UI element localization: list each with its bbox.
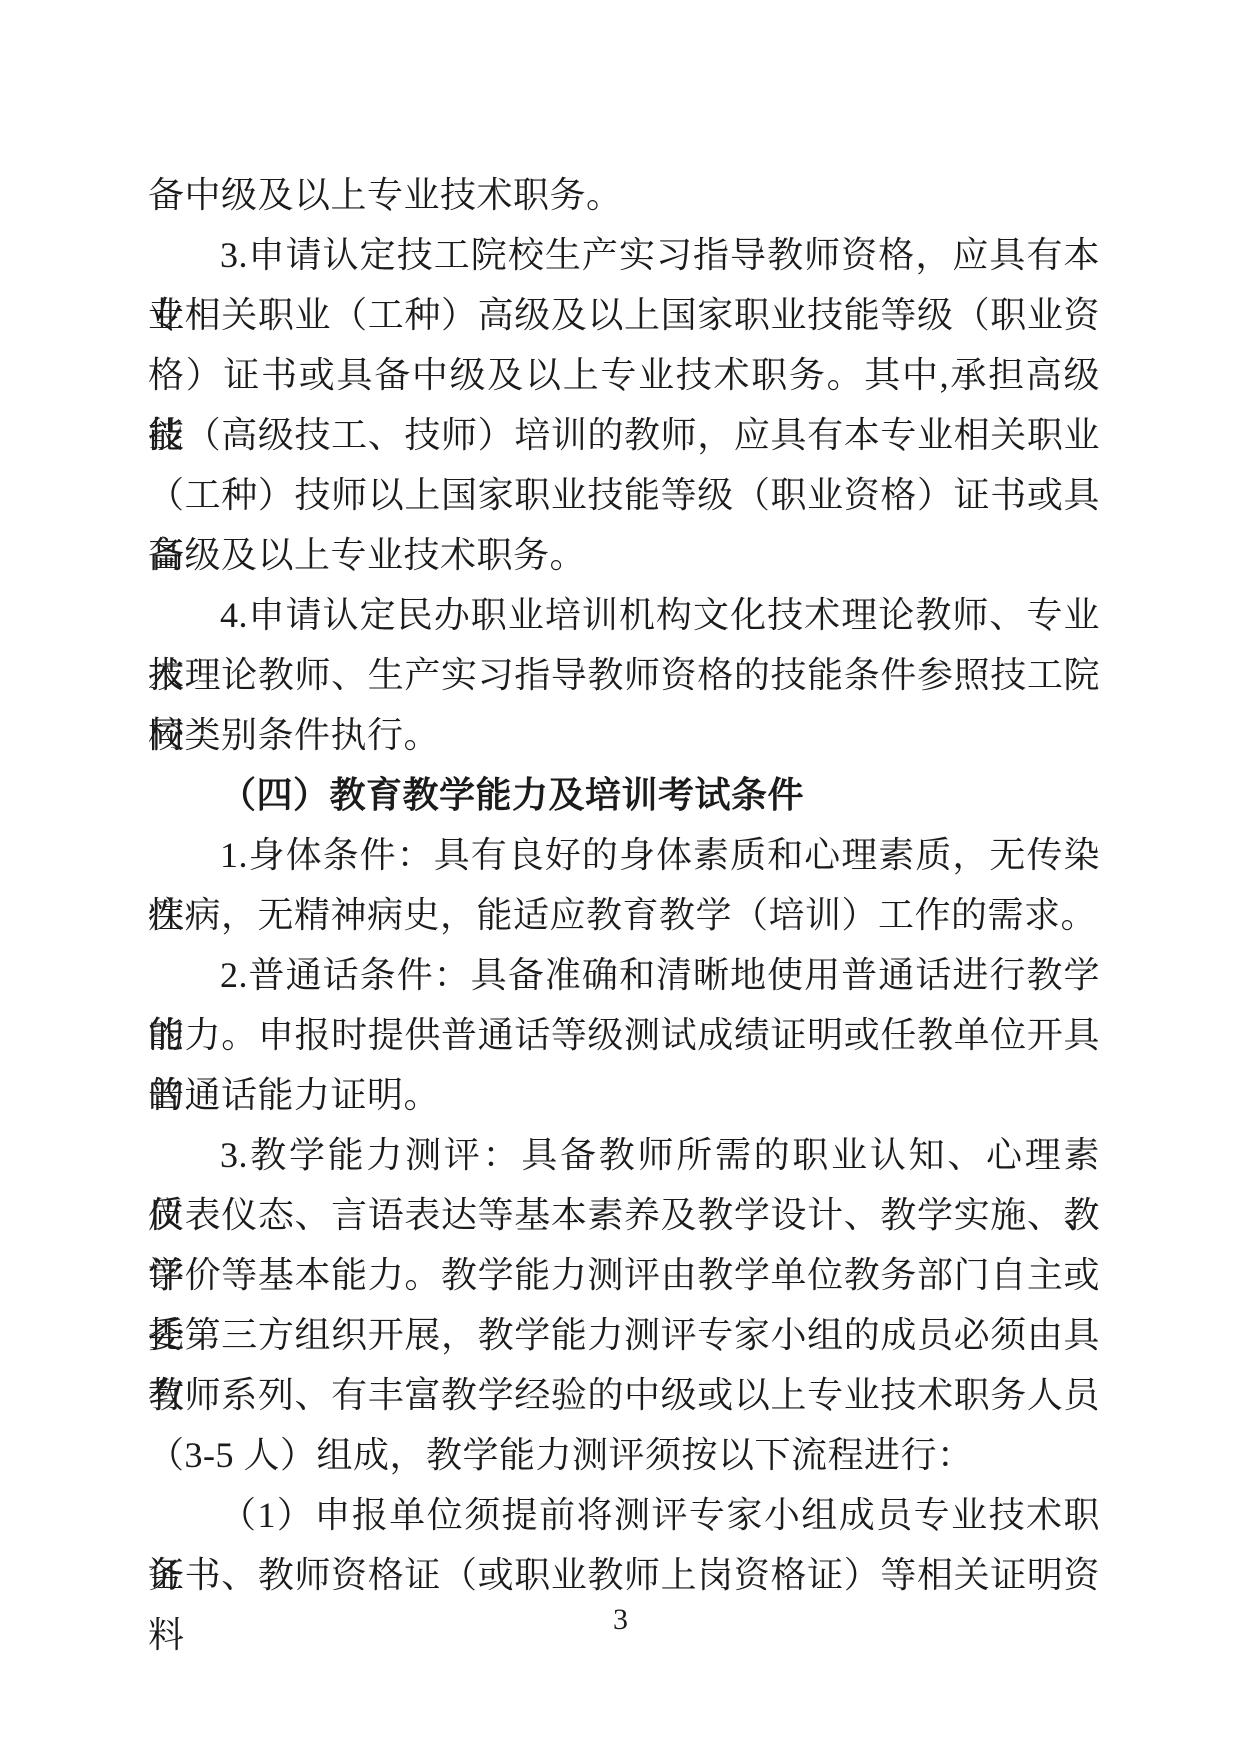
text-line: 备中级及以上专业技术职务。 bbox=[148, 165, 1100, 225]
text-line: 3.教学能力测评：具备教师所需的职业认知、心理素质、 bbox=[148, 1125, 1100, 1185]
text-line: 2.普通话条件：具备准确和清晰地使用普通话进行教学的 bbox=[148, 945, 1100, 1005]
document-content: 备中级及以上专业技术职务。 3.申请认定技工院校生产实习指导教师资格，应具有本专… bbox=[148, 165, 1100, 1605]
page-number: 3 bbox=[0, 1600, 1241, 1640]
text-line: 1.身体条件：具有良好的身体素质和心理素质，无传染性 bbox=[148, 825, 1100, 885]
text-line: 普通话能力证明。 bbox=[148, 1065, 1100, 1125]
text-line: 仪表仪态、言语表达等基本素养及教学设计、教学实施、教学 bbox=[148, 1185, 1100, 1245]
section-heading: （四）教育教学能力及培训考试条件 bbox=[148, 765, 1100, 825]
text-line: 教师系列、有丰富教学经验的中级或以上专业技术职务人员 bbox=[148, 1365, 1100, 1425]
text-line: 评价等基本能力。教学能力测评由教学单位教务部门自主或委 bbox=[148, 1245, 1100, 1305]
text-line: 证书、教师资格证（或职业教师上岗资格证）等相关证明资料 bbox=[148, 1545, 1100, 1605]
text-line: 能（高级技工、技师）培训的教师，应具有本专业相关职业 bbox=[148, 405, 1100, 465]
text-line: 托第三方组织开展，教学能力测评专家小组的成员必须由具有 bbox=[148, 1305, 1100, 1365]
text-line: 高级及以上专业技术职务。 bbox=[148, 525, 1100, 585]
text-line: 能力。申报时提供普通话等级测试成绩证明或任教单位开具的 bbox=[148, 1005, 1100, 1065]
text-line: 同类别条件执行。 bbox=[148, 705, 1100, 765]
text-line: 疾病，无精神病史，能适应教育教学（培训）工作的需求。 bbox=[148, 885, 1100, 945]
text-line: （工种）技师以上国家职业技能等级（职业资格）证书或具备 bbox=[148, 465, 1100, 525]
document-page: 备中级及以上专业技术职务。 3.申请认定技工院校生产实习指导教师资格，应具有本专… bbox=[0, 0, 1241, 1754]
text-line: 业相关职业（工种）高级及以上国家职业技能等级（职业资 bbox=[148, 285, 1100, 345]
text-line: 4.申请认定民办职业培训机构文化技术理论教师、专业技 bbox=[148, 585, 1100, 645]
text-line: 格）证书或具备中级及以上专业技术职务。其中,承担高级技 bbox=[148, 345, 1100, 405]
text-line: 3.申请认定技工院校生产实习指导教师资格，应具有本专 bbox=[148, 225, 1100, 285]
text-line: 术理论教师、生产实习指导教师资格的技能条件参照技工院校 bbox=[148, 645, 1100, 705]
text-line: （3-5 人）组成，教学能力测评须按以下流程进行： bbox=[148, 1425, 1100, 1485]
text-line: （1）申报单位须提前将测评专家小组成员专业技术职务 bbox=[148, 1485, 1100, 1545]
